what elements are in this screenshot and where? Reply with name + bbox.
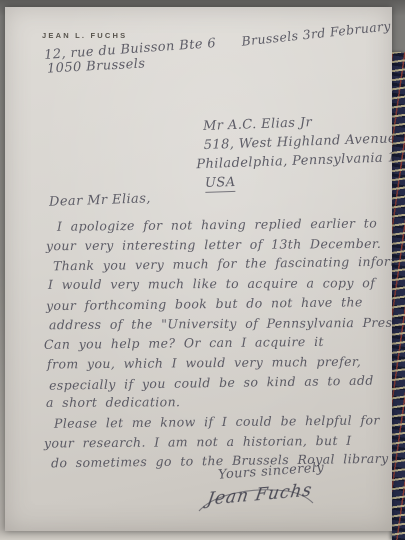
letter-page: JEAN L. FUCHS 12, rue du Buisson Bte 6 1… [5,7,392,531]
body-line: I apologize for not having replied earli… [57,213,392,236]
recipient-country: USA [205,175,236,193]
body-line: I would very much like to acquire a copy… [48,273,392,295]
body-line: your forthcoming book but do not have th… [46,292,392,316]
letter-body: I apologize for not having replied earli… [43,215,392,471]
body-line: a short dedication. [46,391,392,413]
date-line: Brussels 3rd February 1983 [241,14,392,49]
letter-photo: JEAN L. FUCHS 12, rue du Buisson Bte 6 1… [0,0,405,540]
marbled-book-edge [392,52,405,540]
letterhead-printed-name: JEAN L. FUCHS [42,31,127,40]
salutation: Dear Mr Elias, [49,191,151,210]
recipient-address-block: Mr A.C. Elias Jr 518, West Highland Aven… [203,109,392,193]
